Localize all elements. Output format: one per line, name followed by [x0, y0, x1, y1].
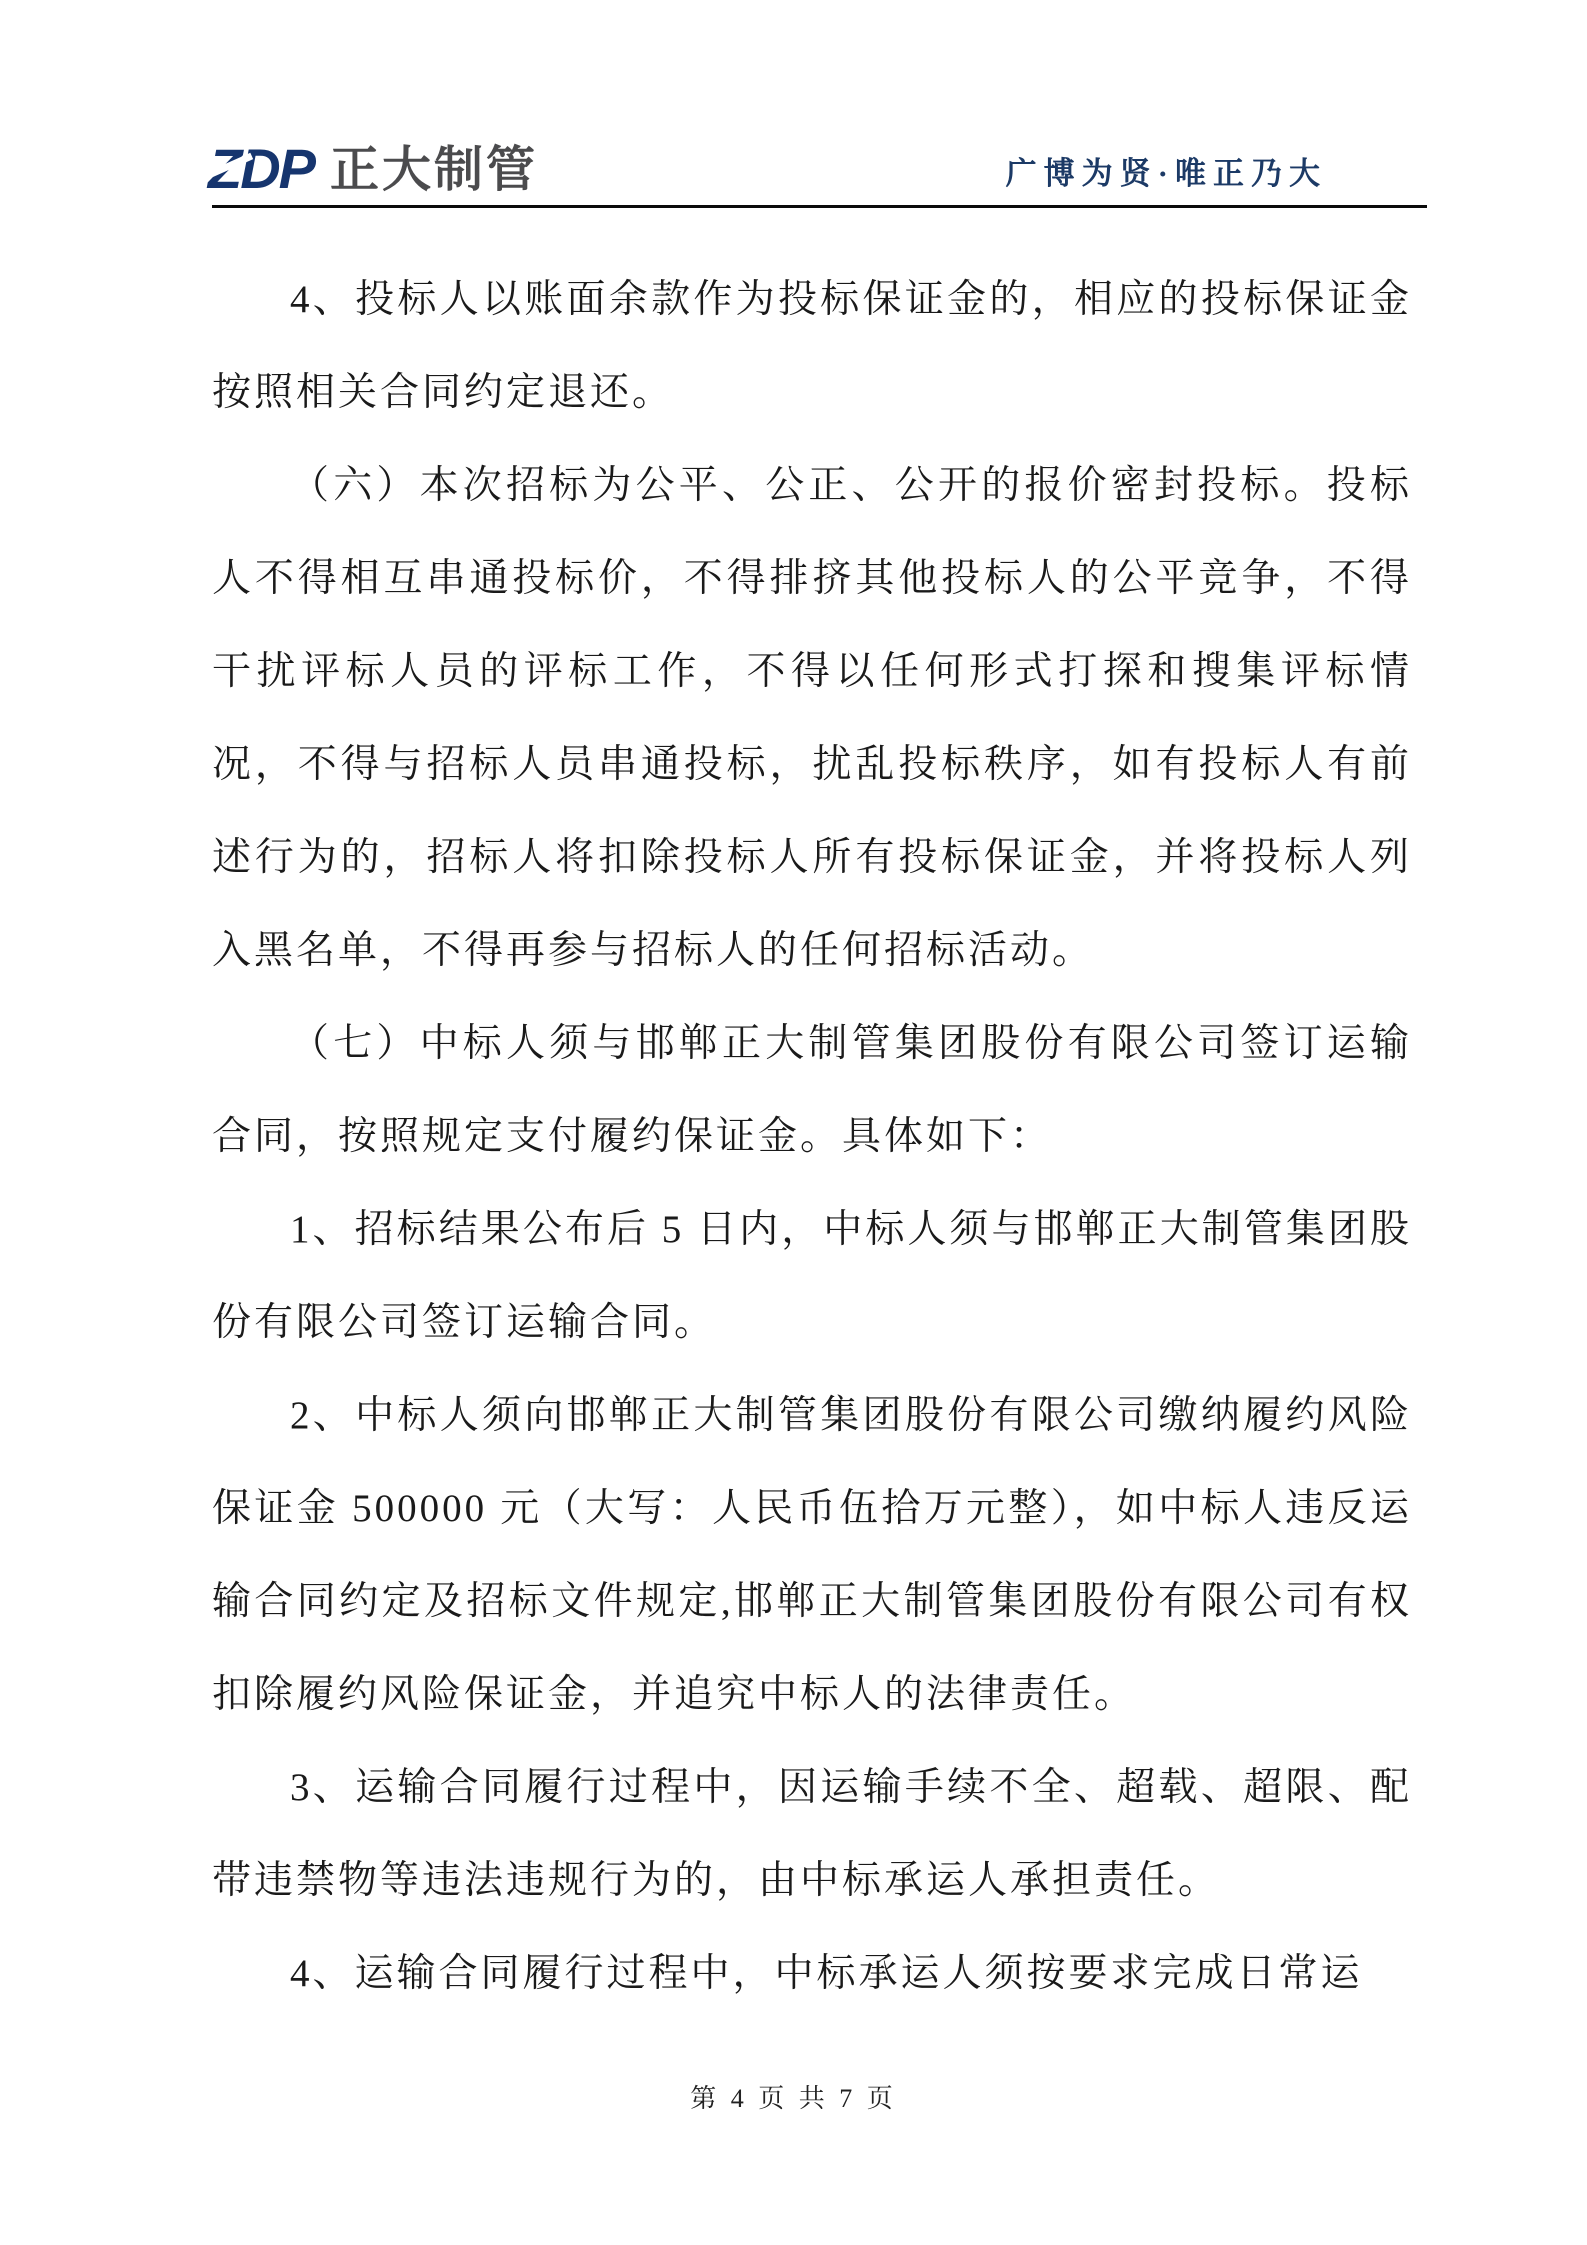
body-paragraph: （七）中标人须与邯郸正大制管集团股份有限公司签订运输合同，按照规定支付履约保证金… [212, 997, 1412, 1183]
page-header: ZDP 正大制管 广博为贤·唯正乃大 [0, 0, 1587, 205]
company-slogan: 广博为贤·唯正乃大 [1006, 148, 1327, 193]
document-body: 4、投标人以账面余款作为投标保证金的，相应的投标保证金按照相关合同约定退还。 （… [212, 253, 1412, 2020]
company-logo: ZDP 正大制管 [208, 143, 538, 195]
body-paragraph: 3、运输合同履行过程中，因运输手续不全、超载、超限、配带违禁物等违法违规行为的，… [212, 1741, 1412, 1927]
header-divider [212, 205, 1427, 208]
body-paragraph: 4、投标人以账面余款作为投标保证金的，相应的投标保证金按照相关合同约定退还。 [212, 253, 1412, 439]
body-paragraph: 2、中标人须向邯郸正大制管集团股份有限公司缴纳履约风险保证金 500000 元（… [212, 1369, 1412, 1741]
body-paragraph: （六）本次招标为公平、公正、公开的报价密封投标。投标人不得相互串通投标价，不得排… [212, 439, 1412, 997]
body-paragraph: 4、运输合同履行过程中，中标承运人须按要求完成日常运 [212, 1927, 1412, 2020]
body-paragraph: 1、招标结果公布后 5 日内，中标人须与邯郸正大制管集团股份有限公司签订运输合同… [212, 1183, 1412, 1369]
logo-company-name: 正大制管 [330, 145, 538, 195]
document-page: ZDP 正大制管 广博为贤·唯正乃大 4、投标人以账面余款作为投标保证金的，相应… [0, 0, 1587, 2245]
logo-abbr-icon: ZDP [208, 143, 314, 195]
page-number: 第 4 页 共 7 页 [0, 2078, 1587, 2115]
logo-abbr-text: ZDP [208, 137, 314, 200]
